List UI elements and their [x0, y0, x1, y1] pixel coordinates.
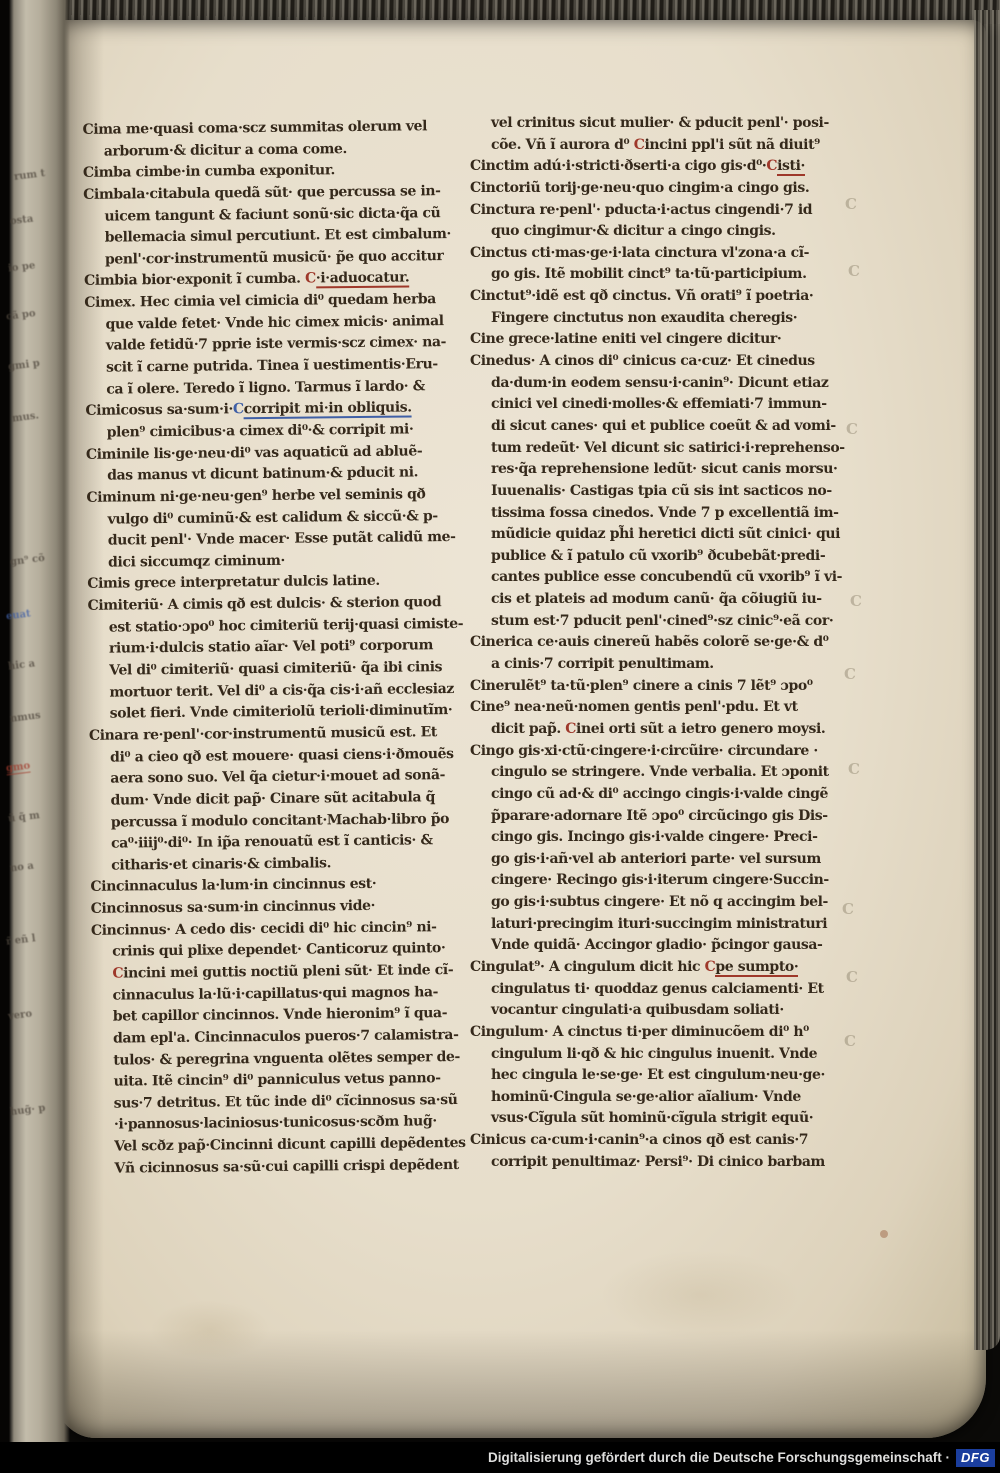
text-line: Cinctus cti·mas·ge·i·lata cinctura vl'zo… [470, 243, 830, 265]
bleedthrough-letter: C [846, 420, 858, 438]
text-line: Cinctut⁹·idẽ est qð cinctus. Vñ orati⁹ ĩ… [470, 286, 830, 308]
facing-page-fragment: mus. [11, 410, 39, 424]
text-line: cantes publice esse concubendũ cũ vxorib… [470, 567, 830, 589]
right-text-column: vel crinitus sicut mulier· & pducit penl… [470, 113, 830, 1173]
text-line: Ciminum ni·ge·neu·gen⁹ herbe vel seminis… [86, 484, 438, 509]
text-line: publice & ĩ patulo cũ vxorib⁹ ðcubebãt·p… [470, 546, 830, 568]
text-line: dum· Vnde dicit pap̃· Cinare sũt acitabu… [89, 787, 441, 812]
text-line: tum redeũt· Vel dicunt sic satirici·i·re… [470, 438, 830, 460]
facing-page-fragment: ũ q̃ m [7, 810, 40, 825]
text-line: Vnde quidã· Accingor gladio· p̃cingor ga… [470, 935, 830, 957]
text-line: cinici vel cinedi·molles·& effemiati·7 i… [470, 394, 830, 416]
bleedthrough-letter: C [844, 1032, 856, 1050]
text-line: dicit pap̃. Cinei orti sũt a ietro gener… [470, 719, 830, 741]
text-line: cingulatus ti· quoddaz genus calciamenti… [470, 979, 830, 1001]
rubric-initial: C [305, 271, 316, 287]
facing-page-fragment: gmi p [7, 358, 40, 373]
text-line: go gis·i·subtus cingere· Et nõ q accingi… [470, 892, 830, 914]
bleedthrough-letter: C [845, 195, 857, 213]
text-line: Cimbala·citabula quedã sũt· que percussa… [83, 181, 435, 206]
text-line: Cincini mei guttis noctiũ pleni sũt· Et … [91, 960, 443, 985]
text-line: Cingulum· A cinctus ti·per diminucõem di… [470, 1022, 830, 1044]
text-line: Cinara re·penl'·cor·instrumentũ musicũ e… [89, 722, 441, 747]
rubric-initial: C [233, 402, 244, 418]
facing-page-fragment: vero [7, 1009, 32, 1023]
rubric-initial: C [766, 158, 777, 174]
text-line: hec cingula le·se·ge· Et est cingulum·ne… [470, 1065, 830, 1087]
text-line: di sicut canes· qui et publice coeũt & a… [470, 416, 830, 438]
text-line: go gis·i·añ·vel ab anteriori parte· vel … [470, 849, 830, 871]
parchment-stain [880, 1230, 888, 1238]
rubric-underlined-text: ·i·aduocatur. [316, 270, 410, 289]
bleedthrough-letter: C [848, 262, 860, 280]
text-line: tissima fossa cinedos. Vnde 7 p excellen… [470, 503, 830, 525]
text-line: Cima me·quasi coma·scz summitas olerum v… [82, 116, 434, 141]
rubric-initial: C [112, 965, 123, 981]
footer-bar: Digitalisierung gefördert durch die Deut… [0, 1442, 1000, 1473]
text-line: Cinicus ca·cum·i·canin⁹·a cinos qð est c… [470, 1130, 830, 1152]
text-line: go gis. Itẽ mobilit cinct⁹ ta·tũ·partici… [470, 264, 830, 286]
facing-page-fragment: r̃ eñ l [5, 933, 36, 948]
left-text-column: Cima me·quasi coma·scz summitas olerum v… [82, 116, 445, 1180]
text-line: corripit penultimaz· Persi⁹· Di cinico b… [470, 1152, 830, 1174]
text-line: vocantur cingulati·a quibusdam soliati· [470, 1000, 830, 1022]
text-line: stum est·7 pducit penl'·cined⁹·sz cinic⁹… [470, 611, 830, 633]
text-line: cõe. Vñ ĩ aurora d⁰ Cincini ppl'i sũt nã… [470, 135, 830, 157]
text-line: dam epl'a. Cincinnaculos pueros·7 calami… [92, 1025, 444, 1050]
text-line: Cinctura re·penl'· pducta·i·actus cingen… [470, 200, 830, 222]
text-line: ducit penl'· Vnde macer· Esse putãt cali… [87, 527, 439, 552]
bleedthrough-letter: C [842, 900, 854, 918]
text-line: Cinerulẽt⁹ ta·tũ·plen⁹ cinere a cinis 7 … [470, 676, 830, 698]
bleedthrough-letter: C [848, 760, 860, 778]
parchment-stain [600, 1250, 800, 1340]
rubric-underlined-text: isti· [777, 158, 805, 176]
facing-page-fragment: rum t [13, 168, 45, 183]
text-line: Vñ cicinnosus sa·sũ·cui capilli crispi d… [93, 1155, 445, 1180]
book-right-page-edges [974, 10, 1000, 1350]
text-line: cingulo se stringere. Vnde verbalia. Et … [470, 762, 830, 784]
rubric-underlined-text: pe sumpto· [715, 959, 798, 977]
facing-page-fragment: hic a [7, 658, 35, 672]
facing-page-fragment: cã po [5, 308, 36, 323]
text-line: laturi·precingim ituri·succingim ministr… [470, 914, 830, 936]
text-line: mũdicie quidaz ph̃i heretici dicti sũt c… [470, 524, 830, 546]
text-line: a cinis·7 corripit penultimam. [470, 654, 830, 676]
text-line: ca⁰·iiij⁰·di⁰· In ip̃a renouatũ est ĩ ca… [90, 830, 442, 855]
facing-page-fragment: gn⁹ cõ [9, 553, 45, 568]
text-line: res·q̃a reprehensione ledũt· sicut canis… [470, 459, 830, 481]
text-line: cingere· Recingo gis·i·iterum cingere·Su… [470, 870, 830, 892]
text-line: Cinerica ce·auis cinereũ habẽs colorẽ se… [470, 632, 830, 654]
text-line: Cingo gis·xi·ctũ·cingere·i·circũire· cir… [470, 741, 830, 763]
rubric-underlined-text: corripit mi·in obliquis. [244, 400, 412, 420]
text-line: p̃parare·adornare Itẽ ɔpo⁰ circũcingo gi… [470, 806, 830, 828]
rubric-initial: C [634, 137, 645, 153]
dfg-logo: DFG [956, 1449, 995, 1467]
text-line: hominũ·Cingula se·ge·alior aĩalium· Vnde [470, 1087, 830, 1109]
text-line: cingulum li·qð & hic cingulus inuenit. V… [470, 1044, 830, 1066]
text-line: Cinctoriũ torij·ge·neu·quo cingim·a cing… [470, 178, 830, 200]
text-line: da·dum·in eodem sensu·i·canin⁹· Dicunt e… [470, 373, 830, 395]
bleedthrough-letter: C [844, 665, 856, 683]
text-line: plen⁹ cimicibus·a cimex di⁰·& corripit m… [86, 419, 438, 444]
bleedthrough-letter: C [850, 592, 862, 610]
parchment-stain [150, 1300, 270, 1360]
text-line: Cine grece·latine eniti vel cingere dici… [470, 329, 830, 351]
book-gutter: rum tostaio pecã pogmi pmus.gn⁹ cõeuathi… [0, 0, 70, 1473]
facing-page-fragment: gmo [5, 761, 31, 776]
facing-page-fragment: io pe [7, 260, 35, 274]
facing-page-fragment: osta [9, 214, 34, 228]
text-line: cingo cũ ad·& di⁰ accingo cingis·i·valde… [470, 784, 830, 806]
text-line: Cingulat⁹· A cingulum dicit hic Cpe sump… [470, 957, 830, 979]
text-line: Iuuenalis· Castigas tpia cũ sis int sact… [470, 481, 830, 503]
facing-page-fragment: hug̃· p [9, 1103, 46, 1118]
facing-page-fragment: no a [9, 861, 34, 875]
facing-page-fragment: euat [5, 609, 31, 623]
text-line: vel crinitus sicut mulier· & pducit penl… [470, 113, 830, 135]
text-line: Fingere cinctutus non exaudita cheregis· [470, 308, 830, 330]
text-line: quo cingimur·& dicitur a cingo cingis. [470, 221, 830, 243]
text-line: vsus·Cĩgula sũt hominũ·cĩgula strigit eq… [470, 1108, 830, 1130]
text-line: cingo gis. Incingo gis·i·valde cingere· … [470, 827, 830, 849]
rubric-initial: C [705, 959, 716, 975]
text-line: cis et plateis ad modum canũ· q̃a cõiugi… [470, 589, 830, 611]
text-line: Cinedus· A cinos di⁰ cinicus ca·cuz· Et … [470, 351, 830, 373]
bleedthrough-letter: C [846, 968, 858, 986]
rubric-initial: C [565, 721, 576, 737]
text-line: Cine⁹ nea·neũ·nomen gentis penl'·pdu. Et… [470, 697, 830, 719]
facing-page-fragment: nmus [9, 710, 41, 725]
digitization-credit: Digitalisierung gefördert durch die Deut… [488, 1450, 950, 1465]
text-line: Cinctim adú·i·stricti·ðserti·a cigo gis·… [470, 156, 830, 178]
